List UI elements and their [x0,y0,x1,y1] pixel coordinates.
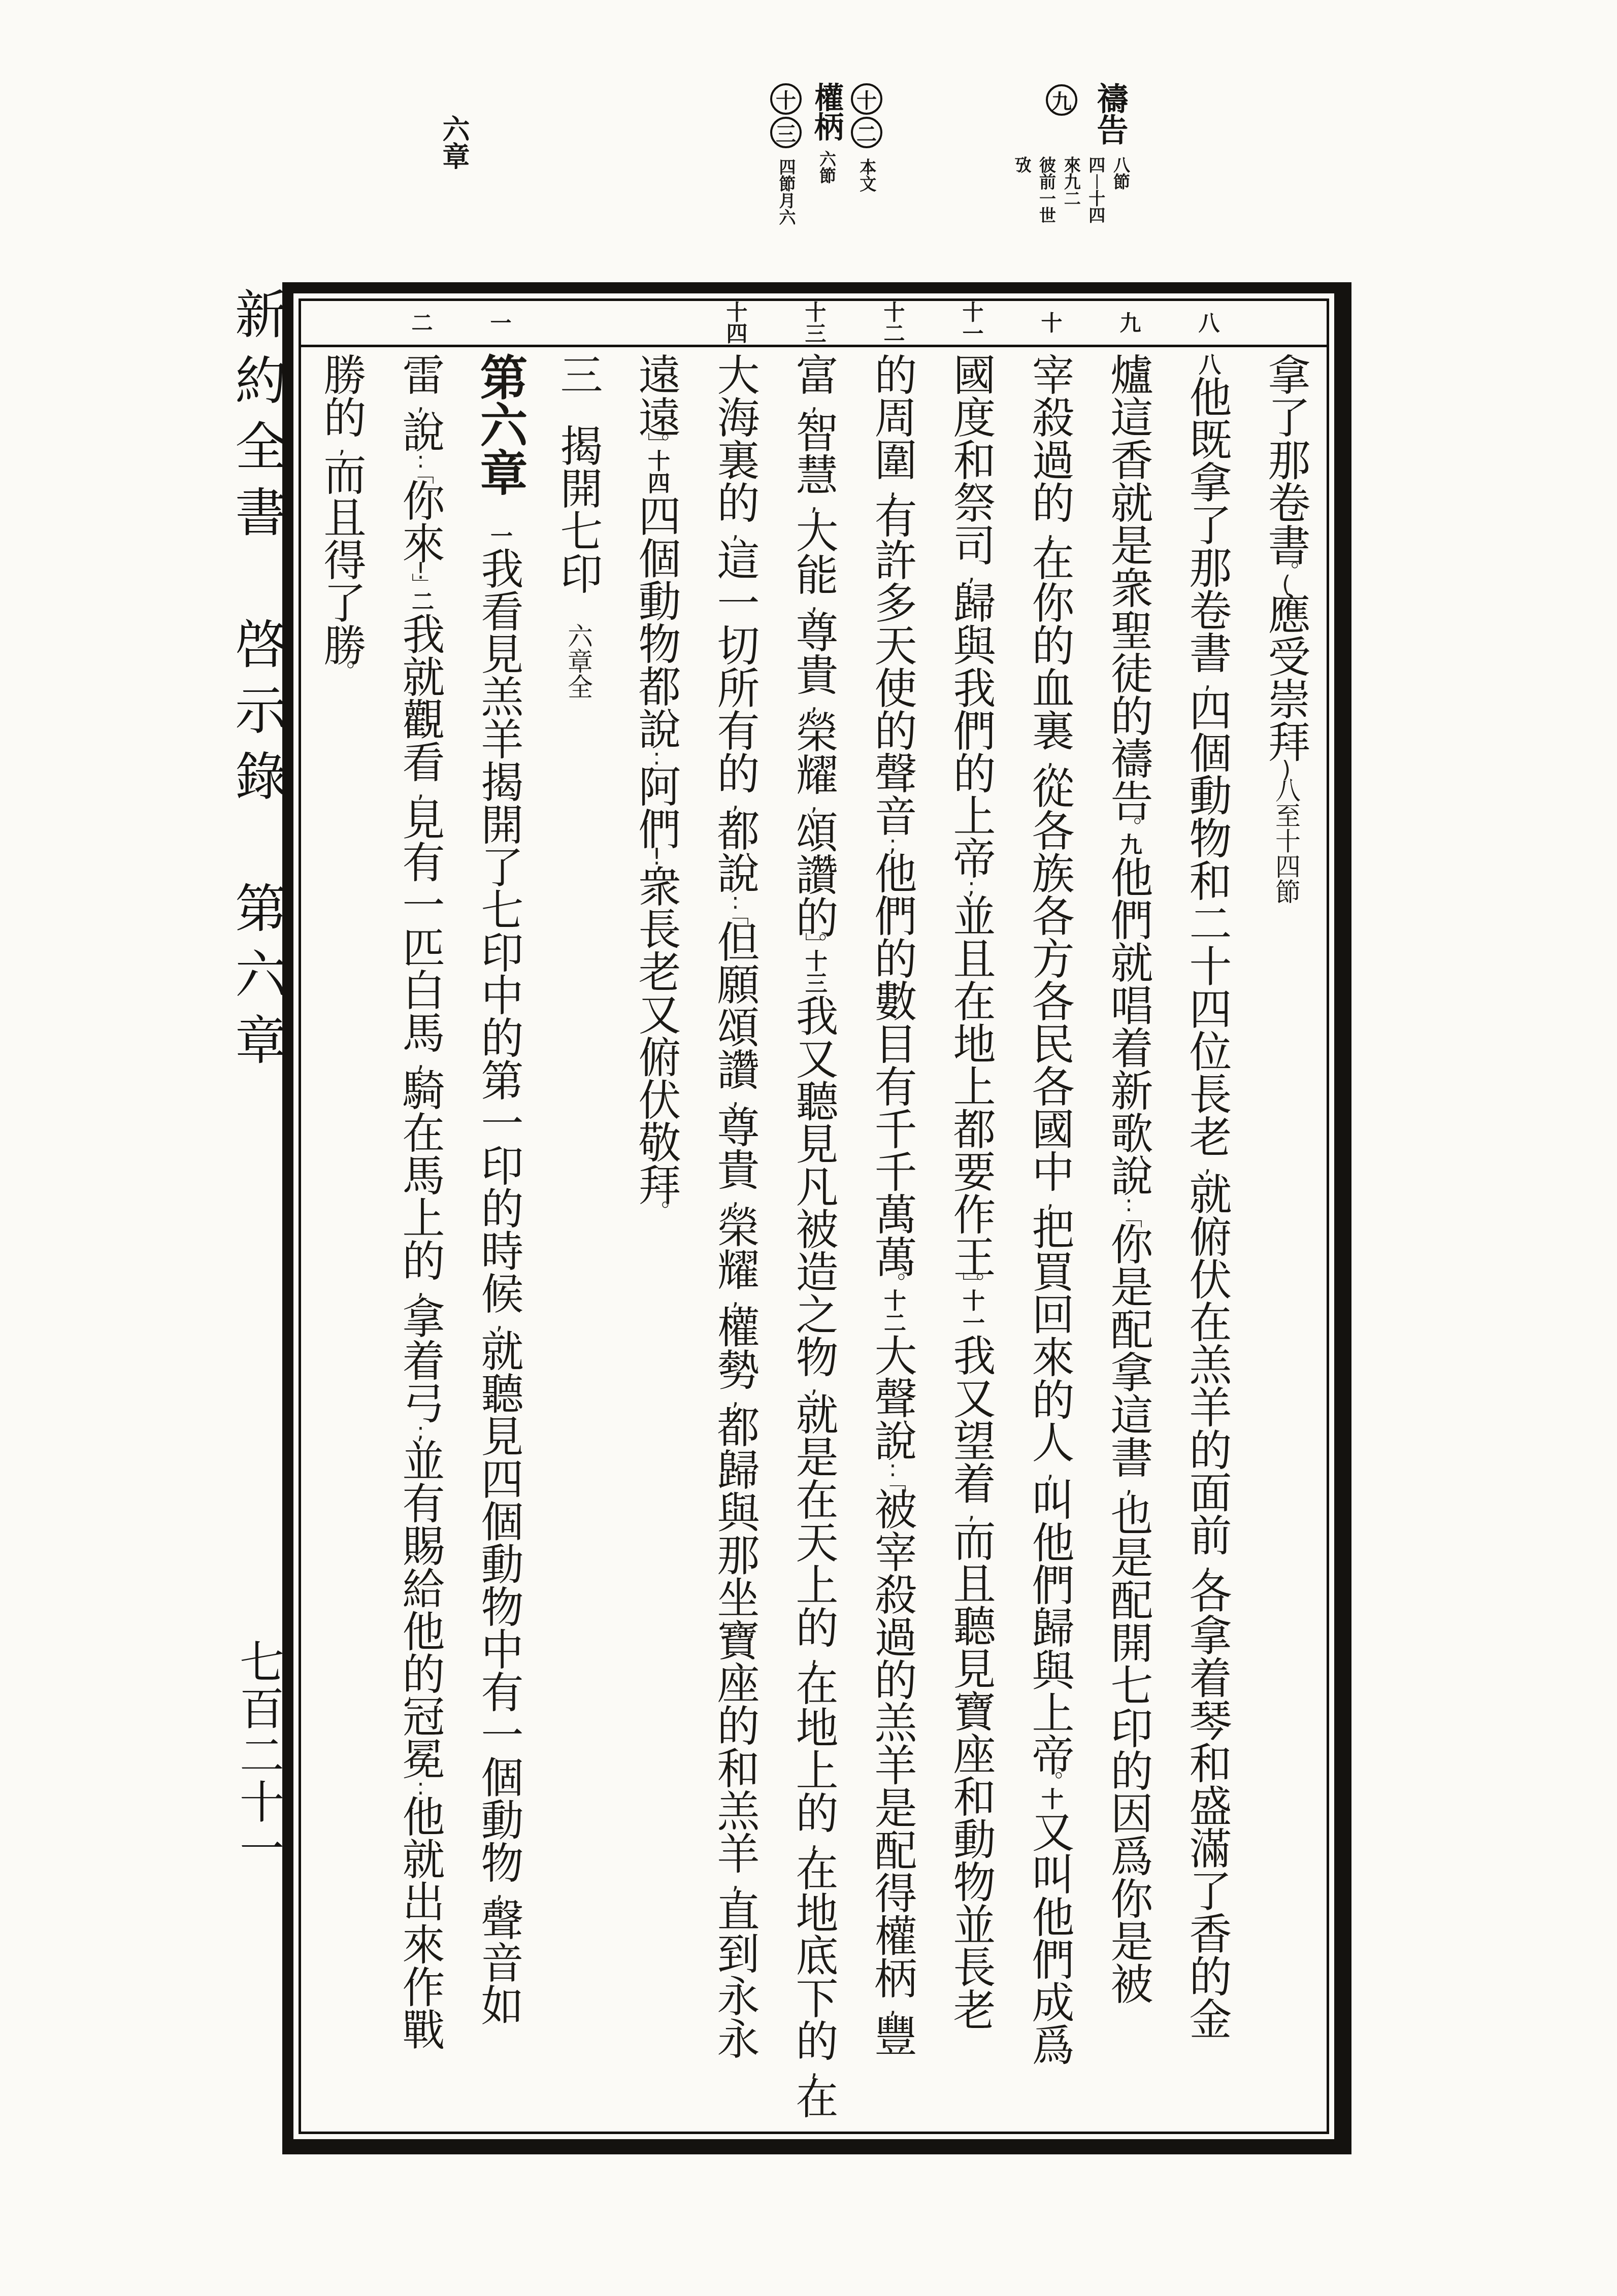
text-column: 拿了那卷書。(應受崇拜)八至十四節 [1247,353,1326,2129]
text-column: 雷,說:「你來!」二我就觀看,見有一匹白馬,騎在馬上的,拿着弓;並有賜給他的冠冕… [381,353,460,2129]
running-header-chapter: 六章 [435,115,474,216]
page-number: 七百二十一 [226,1639,290,1923]
margin-circled-number: 三 [770,117,802,148]
margin-annotation-item: 權柄六節 [811,82,842,265]
margin-annotation-subtext: 六節 [817,150,835,184]
text-column: 的周圍,有許多天使的聲音;他們的數目有千千萬萬。十二大聲說:「被宰殺過的羔羊是配… [853,353,932,2129]
text-column: 宰殺過的,在你的血裏,從各族各方各民各國中,把買回來的人,叫他們歸與上帝。十又叫… [1011,353,1090,2129]
text-column: 富,智慧,大能,尊貴,榮耀,頌讚的。」十三我又聽見凡被造之物,就是在天上的,在地… [775,353,853,2129]
text-column: 勝的,而且得了勝。 [303,353,381,2129]
text-column: 大海裏的,這一切所有的,都說:「但願頌讚,尊貴,榮耀,權勢,都歸與那坐寶座的和羔… [696,353,775,2129]
margin-annotation-item: 十二本文 [851,82,882,265]
text-column: 三揭開七印六章全 [539,353,617,2129]
text-column: 爐這香就是衆聖徒的禱告。九他們就唱着新歌說:「你是配拿這書,也是配開七印的因爲你… [1090,353,1168,2129]
margin-circled-number: 十 [851,83,882,115]
margin-circled-number: 十 [770,83,802,115]
margin-ref: 八節 [1111,156,1129,263]
text-column: 國度和祭司,歸與我們的上帝;並且在地上都要作王。」十一我又望着,而且聽見寶座和動… [932,353,1011,2129]
margin-cross-references: 八節四︱十四來九二彼前一世攷 [979,156,1129,263]
page-frame: 八九十十一十二十三十四一二 拿了那卷書。(應受崇拜)八至十四節八他既拿了那卷書,… [282,282,1351,2154]
text-column: 八他既拿了那卷書,四個動物和二十四位長老,就俯伏在羔羊的面前,各拿着琴和盛滿了香… [1168,353,1247,2129]
scanned-book-page: { "page": { "background": "#fbfaf6", "in… [0,0,1617,2296]
text-column: 第六章一我看見羔羊揭開了七印中的第一印的時候,就聽見四個動物中有一個動物,聲音如 [460,353,539,2129]
text-column: 遠遠。」十四四個動物都說:阿們!衆長老又俯伏敬拜。 [617,353,696,2129]
margin-circled-number: 二 [851,117,882,148]
margin-ref: 四︱十四 [1087,156,1105,263]
margin-annotation-text: 權柄 [811,82,842,141]
frame-inner-border: 八九十十一十二十三十四一二 拿了那卷書。(應受崇拜)八至十四節八他既拿了那卷書,… [299,298,1329,2134]
margin-annotation-group: 十二本文權柄六節十三四節月六 [735,82,882,265]
margin-annotation-item [735,82,761,265]
margin-ref: 攷 [1013,156,1031,263]
margin-annotation-subtext: 本文 [858,158,876,192]
text-columns: 拿了那卷書。(應受崇拜)八至十四節八他既拿了那卷書,四個動物和二十四位長老,就俯… [301,301,1327,2132]
margin-annotation-subtext: 四節月六 [777,158,795,225]
margin-ref: 來九二 [1062,156,1080,263]
margin-badge-nine: 九 [1046,84,1077,116]
margin-annotation-item: 十三四節月六 [770,82,802,265]
margin-ref: 彼前一世 [1037,156,1055,263]
